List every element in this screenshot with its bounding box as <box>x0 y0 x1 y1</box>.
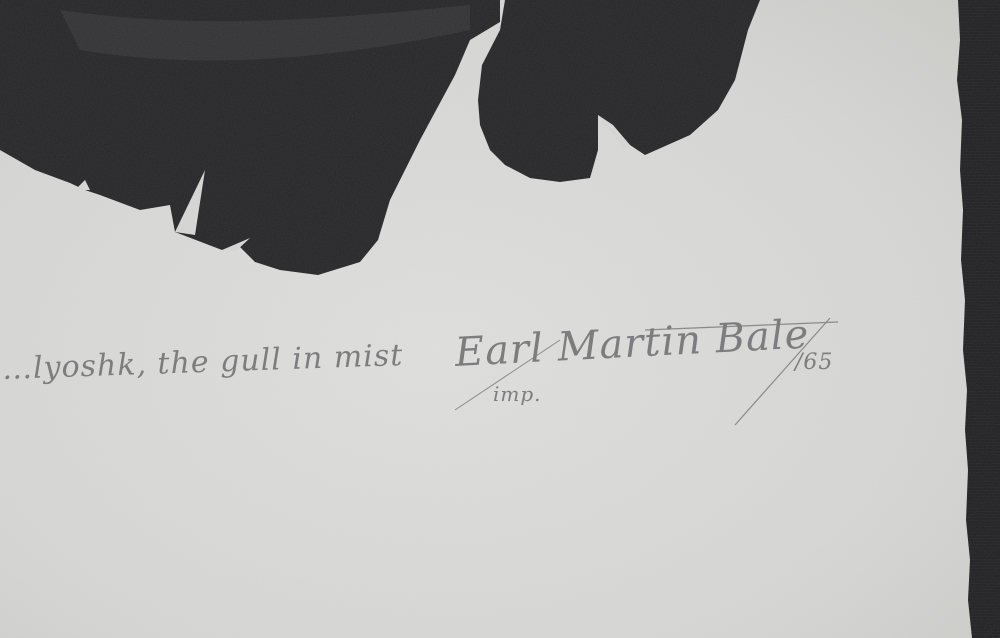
photo-scene: …lyoshk, the gull in mist Earl Martin Ba… <box>0 0 1000 638</box>
impression-note: imp. <box>493 382 542 406</box>
print-artwork <box>0 0 1000 638</box>
signature-year: /65 <box>795 350 833 375</box>
